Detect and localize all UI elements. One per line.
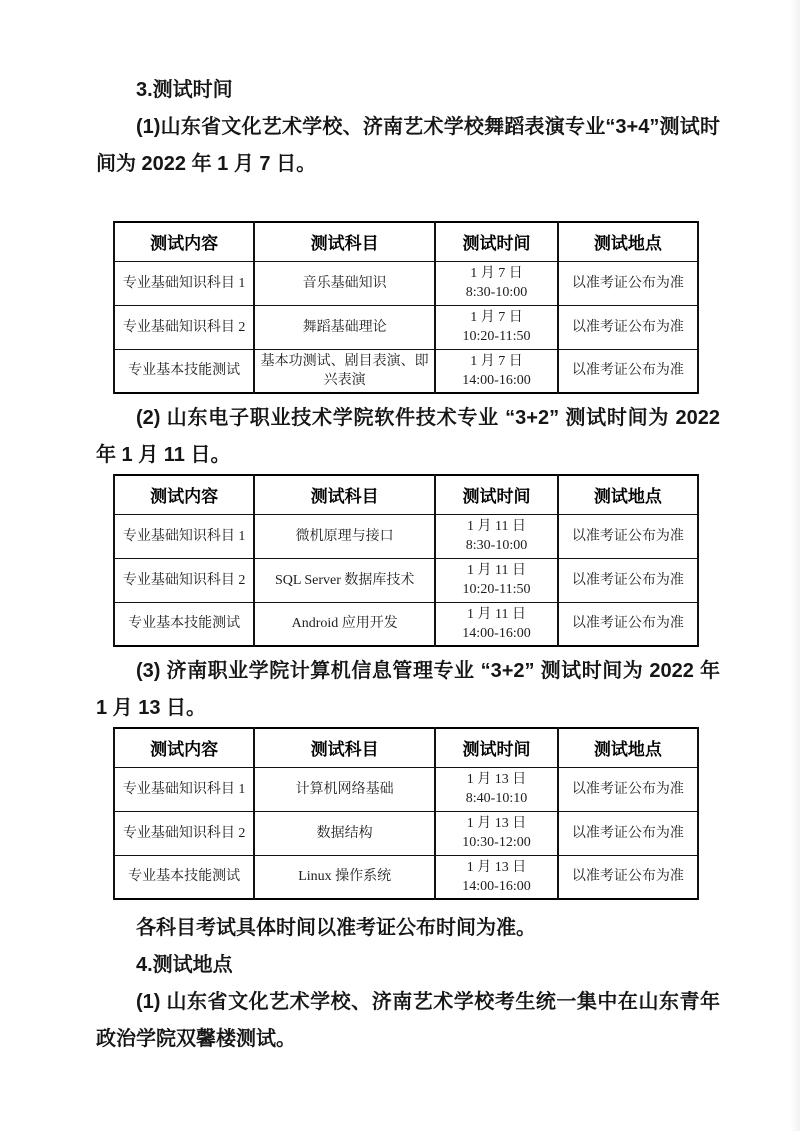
table-cell: 专业基本技能测试 [114,855,254,899]
section-heading-test-time: 3.测试时间 [96,72,720,109]
test-time-range: 10:30-12:00 [440,833,553,852]
table-cell: 微机原理与接口 [254,514,435,558]
paragraph-dance-program-date: (1)山东省文化艺术学校、济南艺术学校舞蹈表演专业“3+4”测试时间为 2022… [96,109,720,183]
table-cell: 专业基础知识科目 2 [114,811,254,855]
test-time-range: 14:00-16:00 [440,371,553,390]
paragraph-location-art-schools: (1) 山东省文化艺术学校、济南艺术学校考生统一集中在山东青年政治学院双馨楼测试… [96,984,720,1058]
table-cell: 专业基础知识科目 2 [114,305,254,349]
column-header: 测试地点 [558,222,698,261]
table-cell: 专业基础知识科目 1 [114,261,254,305]
table-row: 专业基本技能测试Linux 操作系统1 月 13 日14:00-16:00以准考… [114,855,698,899]
table-cell: Android 应用开发 [254,602,435,646]
table-cell: 以准考证公布为准 [558,767,698,811]
table-header-row: 测试内容测试科目测试时间测试地点 [114,728,698,767]
table-header-row: 测试内容测试科目测试时间测试地点 [114,222,698,261]
table-cell: 1 月 7 日14:00-16:00 [435,349,558,393]
column-header: 测试内容 [114,728,254,767]
table-cell: 舞蹈基础理论 [254,305,435,349]
table-row: 专业基础知识科目 1微机原理与接口1 月 11 日8:30-10:00以准考证公… [114,514,698,558]
test-time-range: 14:00-16:00 [440,877,553,896]
schedule-table-cim-3plus2: 测试内容测试科目测试时间测试地点专业基础知识科目 1计算机网络基础1 月 13 … [113,727,699,900]
test-date: 1 月 7 日 [440,264,553,283]
column-header: 测试科目 [254,728,435,767]
table-cell: 以准考证公布为准 [558,514,698,558]
column-header: 测试科目 [254,475,435,514]
table-cell: 以准考证公布为准 [558,349,698,393]
test-date: 1 月 11 日 [440,561,553,580]
table-cell: 1 月 11 日8:30-10:00 [435,514,558,558]
table-row: 专业基本技能测试基本功测试、剧目表演、即兴表演1 月 7 日14:00-16:0… [114,349,698,393]
schedule-table-dance-3plus4: 测试内容测试科目测试时间测试地点专业基础知识科目 1音乐基础知识1 月 7 日8… [113,221,699,394]
table-cell: 以准考证公布为准 [558,855,698,899]
table-row: 专业基础知识科目 2舞蹈基础理论1 月 7 日10:20-11:50以准考证公布… [114,305,698,349]
scan-edge-shadow [790,0,800,1131]
column-header: 测试时间 [435,475,558,514]
table-cell: 以准考证公布为准 [558,602,698,646]
table-cell: 专业基本技能测试 [114,602,254,646]
table-cell: 1 月 7 日8:30-10:00 [435,261,558,305]
column-header: 测试地点 [558,475,698,514]
table-cell: 数据结构 [254,811,435,855]
table-cell: 以准考证公布为准 [558,261,698,305]
table-row: 专业基本技能测试Android 应用开发1 月 11 日14:00-16:00以… [114,602,698,646]
test-date: 1 月 11 日 [440,605,553,624]
table-row: 专业基础知识科目 1计算机网络基础1 月 13 日8:40-10:10以准考证公… [114,767,698,811]
table-cell: Linux 操作系统 [254,855,435,899]
table-cell: 1 月 13 日14:00-16:00 [435,855,558,899]
section-heading-test-location: 4.测试地点 [96,947,720,984]
column-header: 测试科目 [254,222,435,261]
column-header: 测试内容 [114,222,254,261]
table-cell: 以准考证公布为准 [558,811,698,855]
table-row: 专业基础知识科目 2数据结构1 月 13 日10:30-12:00以准考证公布为… [114,811,698,855]
table-cell: 1 月 11 日14:00-16:00 [435,602,558,646]
paragraph-software-program-date: (2) 山东电子职业技术学院软件技术专业 “3+2” 测试时间为 2022 年 … [96,400,720,474]
column-header: 测试地点 [558,728,698,767]
document-page: 3.测试时间 (1)山东省文化艺术学校、济南艺术学校舞蹈表演专业“3+4”测试时… [0,0,800,1131]
table-cell: 专业基础知识科目 1 [114,514,254,558]
table-cell: 基本功测试、剧目表演、即兴表演 [254,349,435,393]
test-time-range: 8:30-10:00 [440,536,553,555]
test-date: 1 月 7 日 [440,308,553,327]
table-cell: 计算机网络基础 [254,767,435,811]
table-cell: 以准考证公布为准 [558,558,698,602]
schedule-table-software-3plus2: 测试内容测试科目测试时间测试地点专业基础知识科目 1微机原理与接口1 月 11 … [113,474,699,647]
table-cell: 以准考证公布为准 [558,305,698,349]
test-date: 1 月 11 日 [440,517,553,536]
column-header: 测试时间 [435,728,558,767]
table-header-row: 测试内容测试科目测试时间测试地点 [114,475,698,514]
table-cell: 音乐基础知识 [254,261,435,305]
column-header: 测试内容 [114,475,254,514]
table-row: 专业基础知识科目 2SQL Server 数据库技术1 月 11 日10:20-… [114,558,698,602]
test-date: 1 月 13 日 [440,814,553,833]
paragraph-note-admission-ticket: 各科目考试具体时间以准考证公布时间为准。 [96,910,720,947]
table-cell: 专业基础知识科目 1 [114,767,254,811]
table-cell: 1 月 13 日10:30-12:00 [435,811,558,855]
test-date: 1 月 13 日 [440,858,553,877]
column-header: 测试时间 [435,222,558,261]
table-cell: 专业基本技能测试 [114,349,254,393]
table-cell: 专业基础知识科目 2 [114,558,254,602]
paragraph-cim-program-date: (3) 济南职业学院计算机信息管理专业 “3+2” 测试时间为 2022 年 1… [96,653,720,727]
table-row: 专业基础知识科目 1音乐基础知识1 月 7 日8:30-10:00以准考证公布为… [114,261,698,305]
test-time-range: 8:30-10:00 [440,283,553,302]
test-time-range: 10:20-11:50 [440,580,553,599]
test-date: 1 月 13 日 [440,770,553,789]
table-cell: 1 月 13 日8:40-10:10 [435,767,558,811]
test-time-range: 10:20-11:50 [440,327,553,346]
table-cell: 1 月 7 日10:20-11:50 [435,305,558,349]
test-time-range: 8:40-10:10 [440,789,553,808]
table-cell: SQL Server 数据库技术 [254,558,435,602]
test-date: 1 月 7 日 [440,352,553,371]
test-time-range: 14:00-16:00 [440,624,553,643]
table-cell: 1 月 11 日10:20-11:50 [435,558,558,602]
